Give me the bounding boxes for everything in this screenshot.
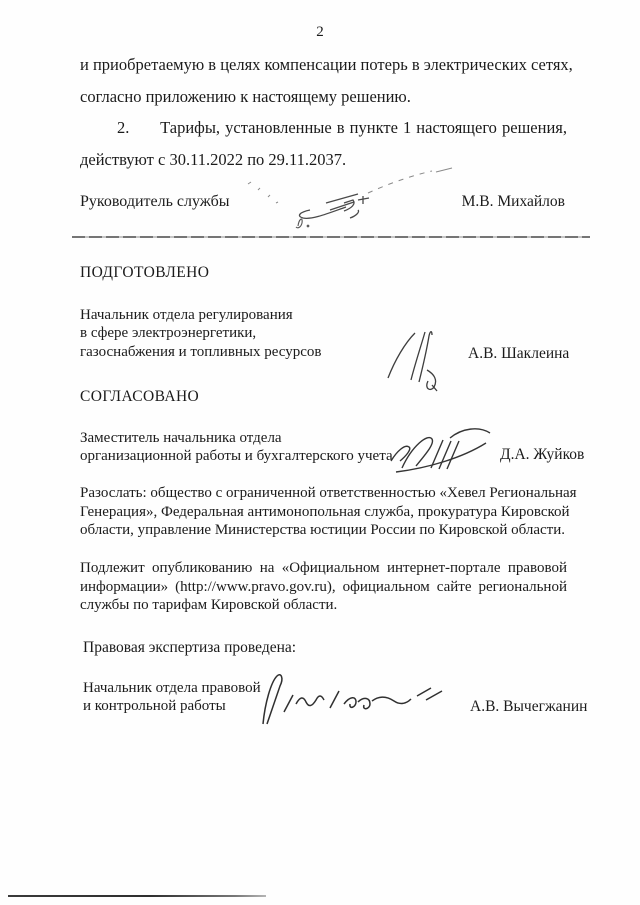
- job-title-line: Начальник отдела правовой: [83, 679, 261, 697]
- document-line: согласно приложению к настоящему решению…: [80, 81, 567, 113]
- signer-name: М.В. Михайлов: [462, 193, 565, 211]
- page-bottom-rule: [8, 895, 266, 897]
- document-line: Генерация», Федеральная антимонопольная …: [80, 503, 567, 522]
- signature-scribble-icon: [254, 672, 450, 728]
- job-title: Руководитель службы: [80, 193, 230, 211]
- document-line-text: Тарифы, установленные в пункте 1 настоящ…: [160, 118, 567, 137]
- signer-name: Д.А. Жуйков: [500, 446, 584, 464]
- section-label-agreed: СОГЛАСОВАНО: [80, 388, 199, 406]
- document-line: информации» (http://www.pravo.gov.ru), о…: [80, 578, 567, 597]
- signature-block-legal: Начальник отдела правовой и контрольной …: [83, 679, 261, 716]
- distribution-paragraph: Разослать: общество с ограниченной ответ…: [80, 484, 567, 540]
- signature-scribble-icon: [238, 166, 460, 232]
- document-line: службы по тарифам Кировской области.: [80, 596, 567, 615]
- signature-block-prepared: Начальник отдела регулирования в сфере э…: [80, 306, 322, 361]
- job-title-line: Начальник отдела регулирования: [80, 306, 322, 324]
- job-title-line: организационной работы и бухгалтерского …: [80, 447, 393, 465]
- job-title-line: в сфере электроэнергетики,: [80, 324, 322, 342]
- separator-dashed-line: [72, 236, 590, 238]
- document-line: и приобретаемую в целях компенсации поте…: [80, 49, 567, 81]
- list-item-number: 2.: [117, 112, 155, 144]
- signature-block-agreed: Заместитель начальника отдела организаци…: [80, 429, 393, 466]
- signature-scribble-icon: [382, 326, 454, 392]
- signer-name: А.В. Шаклеина: [468, 345, 569, 363]
- legal-note: Правовая экспертиза проведена:: [83, 639, 296, 657]
- signer-name: А.В. Вычегжанин: [470, 698, 587, 716]
- job-title-line: Заместитель начальника отдела: [80, 429, 393, 447]
- publication-paragraph: Подлежит опубликованию на «Официальном и…: [80, 559, 567, 615]
- signature-scribble-icon: [388, 426, 500, 478]
- page-number: 2: [0, 24, 640, 41]
- job-title-line: газоснабжения и топливных ресурсов: [80, 343, 322, 361]
- document-page: 2 и приобретаемую в целях компенсации по…: [0, 0, 640, 905]
- section-label-prepared: ПОДГОТОВЛЕНО: [80, 264, 209, 282]
- document-line: Разослать: общество с ограниченной ответ…: [80, 484, 567, 503]
- body-paragraphs: и приобретаемую в целях компенсации поте…: [80, 49, 567, 175]
- job-title-line: и контрольной работы: [83, 697, 261, 715]
- document-line: Подлежит опубликованию на «Официальном и…: [80, 559, 567, 578]
- document-line: области, управление Министерства юстиции…: [80, 521, 567, 540]
- document-line: 2. Тарифы, установленные в пункте 1 наст…: [80, 112, 567, 144]
